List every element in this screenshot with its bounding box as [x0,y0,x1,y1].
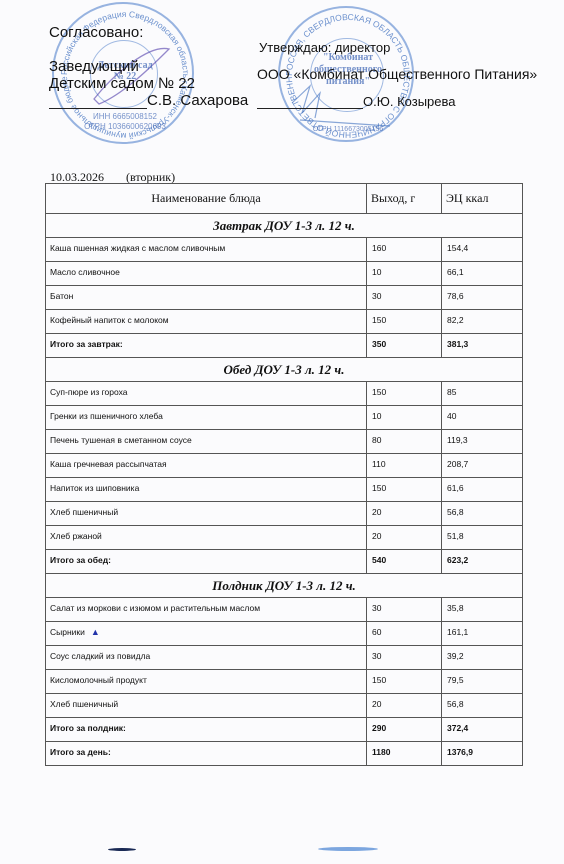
meal-total-row: Итого за завтрак:350381,3 [46,334,523,358]
dish-name: Итого за день: [50,747,111,757]
meal-total-row: Итого за обед:540623,2 [46,550,523,574]
yield-cell: 20 [367,502,442,526]
meal-section-row: Обед ДОУ 1-3 л. 12 ч. [46,358,523,382]
dish-name: Сырники [50,627,85,637]
kcal-cell: 56,8 [442,502,523,526]
table-row: Хлеб ржаной2051,8 [46,526,523,550]
menu-date: 10.03.2026 [50,170,104,184]
approval-block-approved: Утверждаю: директор ООО «Комбинат Общест… [257,40,537,109]
dish-name-cell: Сырники▲ [46,622,367,646]
yield-cell: 150 [367,310,442,334]
yield-cell: 150 [367,478,442,502]
table-row: Печень тушеная в сметанном соусе80119,3 [46,430,523,454]
dish-name-cell: Хлеб пшеничный [46,694,367,718]
table-row: Гренки из пшеничного хлеба1040 [46,406,523,430]
table-row: Кисломолочный продукт15079,5 [46,670,523,694]
dish-name-cell: Батон [46,286,367,310]
header-dish-name: Наименование блюда [46,184,367,214]
dish-name-cell: Каша пшенная жидкая с маслом сливочным [46,238,367,262]
scan-artifact [318,847,378,851]
meal-section-title: Полдник ДОУ 1-3 л. 12 ч. [46,574,523,598]
header-yield: Выход, г [367,184,442,214]
meal-section-row: Полдник ДОУ 1-3 л. 12 ч. [46,574,523,598]
dish-name: Масло сливочное [50,267,120,277]
yield-cell: 110 [367,454,442,478]
yield-cell: 1180 [367,742,442,766]
approval-position-line2: Детским садом № 22 [49,75,248,92]
approval-signatory: О.Ю. Козырева [363,94,456,109]
kcal-cell: 381,3 [442,334,523,358]
dish-name: Итого за полдник: [50,723,126,733]
table-header-row: Наименование блюда Выход, г ЭЦ ккал [46,184,523,214]
yield-cell: 150 [367,382,442,406]
kcal-cell: 56,8 [442,694,523,718]
meal-section-title: Завтрак ДОУ 1-3 л. 12 ч. [46,214,523,238]
table-row: Салат из моркови с изюмом и растительным… [46,598,523,622]
kcal-cell: 154,4 [442,238,523,262]
table-row: Кофейный напиток с молоком15082,2 [46,310,523,334]
dish-name: Итого за завтрак: [50,339,123,349]
table-row: Масло сливочное1066,1 [46,262,523,286]
dish-name: Напиток из шиповника [50,483,139,493]
yield-cell: 20 [367,526,442,550]
kcal-cell: 623,2 [442,550,523,574]
dish-name: Итого за обед: [50,555,111,565]
yield-cell: 160 [367,238,442,262]
yield-cell: 30 [367,598,442,622]
dish-name-cell: Итого за обед: [46,550,367,574]
dish-name: Каша гречневая рассыпчатая [50,459,167,469]
signature-line [257,94,363,109]
table-row: Каша пшенная жидкая с маслом сливочным16… [46,238,523,262]
yield-cell: 80 [367,430,442,454]
meal-section-title: Обед ДОУ 1-3 л. 12 ч. [46,358,523,382]
approval-heading: Согласовано: [49,24,248,41]
header-energy: ЭЦ ккал [442,184,523,214]
approval-organization: ООО «Комбинат Общественного Питания» [257,67,537,82]
dish-name: Гренки из пшеничного хлеба [50,411,163,421]
dish-name: Суп-пюре из гороха [50,387,128,397]
approval-signatory: С.В. Сахарова [147,92,248,109]
yield-cell: 150 [367,670,442,694]
menu-table: Наименование блюда Выход, г ЭЦ ккал Завт… [45,183,523,766]
dish-name-cell: Хлеб ржаной [46,526,367,550]
yield-cell: 540 [367,550,442,574]
yield-cell: 290 [367,718,442,742]
dish-name-cell: Напиток из шиповника [46,478,367,502]
kcal-cell: 119,3 [442,430,523,454]
dish-name-cell: Хлеб пшеничный [46,502,367,526]
yield-cell: 10 [367,406,442,430]
dish-name: Батон [50,291,73,301]
yield-cell: 10 [367,262,442,286]
dish-name-cell: Кисломолочный продукт [46,670,367,694]
dish-name: Кофейный напиток с молоком [50,315,169,325]
stamp-ogrn: ОГРН 1116673005156 [308,124,388,135]
approval-block-agreed: Согласовано: Заведующий Детским садом № … [49,24,248,109]
kcal-cell: 40 [442,406,523,430]
dish-name-cell: Печень тушеная в сметанном соусе [46,430,367,454]
table-row: Хлеб пшеничный2056,8 [46,694,523,718]
kcal-cell: 39,2 [442,646,523,670]
dish-name-cell: Салат из моркови с изюмом и растительным… [46,598,367,622]
dish-name-cell: Итого за завтрак: [46,334,367,358]
kcal-cell: 61,6 [442,478,523,502]
table-row: Батон3078,6 [46,286,523,310]
day-total-row: Итого за день:11801376,9 [46,742,523,766]
kcal-cell: 35,8 [442,598,523,622]
handwritten-mark-icon: ▲ [91,627,100,637]
table-row: Напиток из шиповника15061,6 [46,478,523,502]
yield-cell: 20 [367,694,442,718]
kcal-cell: 66,1 [442,262,523,286]
dish-name: Кисломолочный продукт [50,675,147,685]
yield-cell: 30 [367,646,442,670]
dish-name-cell: Соус сладкий из повидла [46,646,367,670]
meal-section-row: Завтрак ДОУ 1-3 л. 12 ч. [46,214,523,238]
signature-line [49,94,147,109]
kcal-cell: 82,2 [442,310,523,334]
approval-position-line1: Заведующий [49,58,248,75]
yield-cell: 60 [367,622,442,646]
menu-weekday: (вторник) [126,170,175,184]
table-row: Каша гречневая рассыпчатая110208,7 [46,454,523,478]
kcal-cell: 51,8 [442,526,523,550]
yield-cell: 30 [367,286,442,310]
dish-name: Хлеб пшеничный [50,699,118,709]
dish-name: Печень тушеная в сметанном соусе [50,435,192,445]
menu-table-body: Завтрак ДОУ 1-3 л. 12 ч.Каша пшенная жид… [46,214,523,766]
dish-name-cell: Суп-пюре из гороха [46,382,367,406]
table-row: Суп-пюре из гороха15085 [46,382,523,406]
kcal-cell: 208,7 [442,454,523,478]
dish-name-cell: Итого за день: [46,742,367,766]
kcal-cell: 79,5 [442,670,523,694]
dish-name-cell: Каша гречневая рассыпчатая [46,454,367,478]
dish-name: Хлеб ржаной [50,531,102,541]
table-row: Сырники▲60161,1 [46,622,523,646]
approval-heading: Утверждаю: директор [259,40,537,55]
table-row: Хлеб пшеничный2056,8 [46,502,523,526]
yield-cell: 350 [367,334,442,358]
dish-name: Салат из моркови с изюмом и растительным… [50,603,260,613]
table-row: Соус сладкий из повидла3039,2 [46,646,523,670]
scan-artifact [108,848,136,851]
meal-total-row: Итого за полдник:290372,4 [46,718,523,742]
dish-name: Хлеб пшеничный [50,507,118,517]
dish-name: Соус сладкий из повидла [50,651,150,661]
stamp-ogrn: ОГРН 1036600620693 [78,122,172,131]
kcal-cell: 85 [442,382,523,406]
kcal-cell: 1376,9 [442,742,523,766]
dish-name-cell: Итого за полдник: [46,718,367,742]
dish-name: Каша пшенная жидкая с маслом сливочным [50,243,225,253]
dish-name-cell: Гренки из пшеничного хлеба [46,406,367,430]
kcal-cell: 78,6 [442,286,523,310]
stamp-inn: ИНН 6665008152 [78,112,172,121]
dish-name-cell: Кофейный напиток с молоком [46,310,367,334]
dish-name-cell: Масло сливочное [46,262,367,286]
kcal-cell: 372,4 [442,718,523,742]
kcal-cell: 161,1 [442,622,523,646]
